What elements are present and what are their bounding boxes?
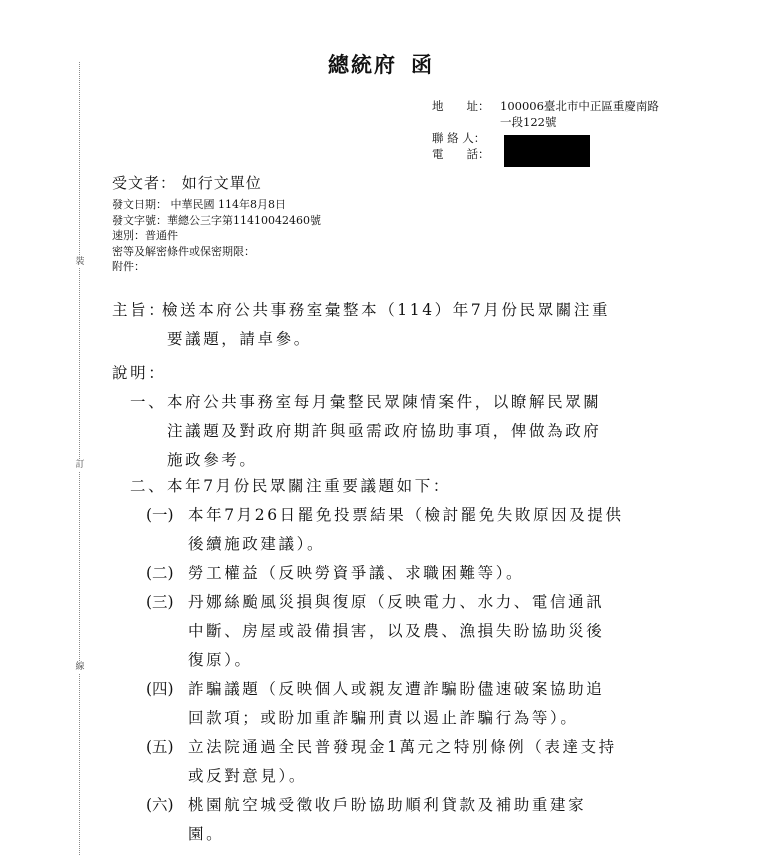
issue-6-line-1: 桃園航空城受徵收戶盼協助順利貸款及補助重建家 bbox=[188, 793, 586, 815]
recipient-label: 受文者： bbox=[112, 174, 176, 192]
binding-mark-ding: 訂 bbox=[72, 459, 88, 471]
issue-3-line-2: 中斷、房屋或設備損害，以及農、漁損失盼協助災後 bbox=[188, 619, 604, 641]
meta-doc-number-value: 華總公三字第11410042460號 bbox=[167, 214, 321, 227]
address-label: 地 址： bbox=[432, 98, 500, 114]
issue-5-marker: (五) bbox=[146, 735, 174, 757]
meta-speed: 速別：普通件 bbox=[112, 228, 321, 244]
meta-attachment: 附件： bbox=[112, 259, 321, 275]
issue-6-line-2: 園。 bbox=[188, 822, 224, 844]
issue-2-line-1: 勞工權益（反映勞資爭議、求職困難等）。 bbox=[188, 561, 524, 583]
binding-mark-xian: 線 bbox=[72, 661, 88, 673]
address-row-2: 一段122號 bbox=[432, 114, 659, 130]
address-value-2: 一段122號 bbox=[500, 114, 556, 130]
meta-classification-label: 密等及解密條件或保密期限： bbox=[112, 245, 255, 258]
meta-date: 發文日期： 中華民國 114年8月8日 bbox=[112, 197, 321, 213]
address-row: 地 址： 100006臺北市中正區重慶南路 bbox=[432, 98, 659, 114]
issue-4-line-2: 回款項；或盼加重詐騙刑責以遏止詐騙行為等）。 bbox=[188, 706, 578, 728]
subject-label: 主旨： bbox=[112, 298, 166, 320]
explanation-1-line-2: 注議題及對政府期許與亟需政府協助事項，俾做為政府 bbox=[167, 419, 601, 441]
meta-block: 發文日期： 中華民國 114年8月8日 發文字號：華總公三字第114100424… bbox=[112, 197, 321, 275]
title-type: 函 bbox=[411, 52, 434, 77]
explanation-1-line-3: 施政參考。 bbox=[167, 448, 258, 470]
contact-person-label: 聯 絡 人： bbox=[432, 130, 500, 146]
explanation-1-marker: 一、 bbox=[130, 390, 166, 412]
issue-5-line-2: 或反對意見）。 bbox=[188, 764, 307, 786]
meta-speed-label: 速別： bbox=[112, 229, 145, 242]
explanation-2-line-1: 本年7月份民眾關注重要議題如下： bbox=[167, 474, 451, 496]
meta-date-value: 中華民國 114年8月8日 bbox=[171, 198, 287, 211]
meta-speed-value: 普通件 bbox=[145, 229, 178, 242]
binding-mark-zhuang: 裝 bbox=[72, 256, 88, 268]
spacer bbox=[432, 114, 500, 130]
redaction-box bbox=[504, 135, 590, 167]
explanation-2-marker: 二、 bbox=[130, 474, 166, 496]
meta-doc-number: 發文字號：華總公三字第11410042460號 bbox=[112, 213, 321, 229]
issue-2-marker: (二) bbox=[146, 561, 174, 583]
phone-label: 電 話： bbox=[432, 146, 500, 162]
meta-classification: 密等及解密條件或保密期限： bbox=[112, 244, 321, 260]
meta-date-label: 發文日期： bbox=[112, 198, 167, 211]
explanation-label: 說明： bbox=[112, 361, 166, 383]
issue-3-marker: (三) bbox=[146, 590, 174, 612]
recipient-line: 受文者： 如行文單位 bbox=[112, 172, 262, 193]
issue-3-line-3: 復原）。 bbox=[188, 648, 253, 670]
issue-1-marker: (一) bbox=[146, 503, 174, 525]
issue-3-line-1: 丹娜絲颱風災損與復原（反映電力、水力、電信通訊 bbox=[188, 590, 604, 612]
subject-line-2: 要議題，請卓參。 bbox=[167, 327, 312, 349]
issue-4-marker: (四) bbox=[146, 677, 174, 699]
subject-line-1: 檢送本府公共事務室彙整本（114）年7月份民眾關注重 bbox=[162, 298, 610, 320]
address-value: 100006臺北市中正區重慶南路 bbox=[500, 98, 659, 114]
meta-doc-number-label: 發文字號： bbox=[112, 214, 167, 227]
issue-1-line-1: 本年7月26日罷免投票結果（檢討罷免失敗原因及提供 bbox=[188, 503, 624, 525]
title-org: 總統府 bbox=[328, 52, 397, 77]
issue-6-marker: (六) bbox=[146, 793, 174, 815]
recipient-value: 如行文單位 bbox=[182, 174, 262, 192]
issue-4-line-1: 詐騙議題（反映個人或親友遭詐騙盼儘速破案協助追 bbox=[188, 677, 604, 699]
issue-1-line-2: 後續施政建議）。 bbox=[188, 532, 325, 554]
document-title: 總統府函 bbox=[0, 49, 763, 79]
meta-attachment-label: 附件： bbox=[112, 260, 145, 273]
explanation-1-line-1: 本府公共事務室每月彙整民眾陳情案件，以瞭解民眾關 bbox=[167, 390, 601, 412]
issue-5-line-1: 立法院通過全民普發現金1萬元之特別條例（表達支持 bbox=[188, 735, 617, 757]
